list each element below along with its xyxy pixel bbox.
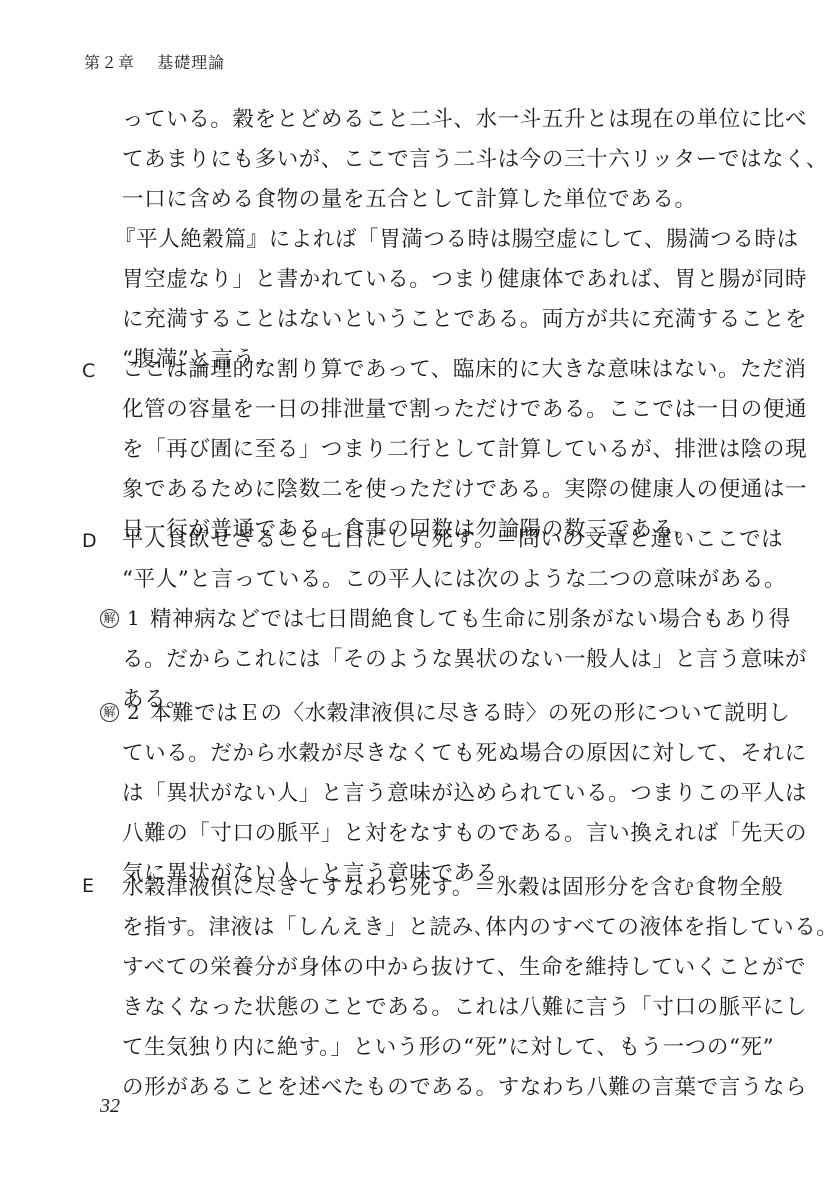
explanation-2-header: 解 2 [100, 700, 154, 724]
text-line: て生気独り内に絶す。」という形の“死”に対して、もう一つの“死” [122, 1036, 774, 1060]
text-line: きなくなった状態のことである。これは八難に言う「寸口の脈平にし [122, 996, 807, 1020]
text-line: を指す。津液は「しんえき」と読み､体内のすべての液体を指している。 [122, 916, 830, 940]
text-line: 象であるために陰数二を使っただけである。実際の健康人の便通は一 [122, 478, 807, 502]
explanation-number: 2 [127, 700, 140, 724]
section-marker-e: E [82, 875, 94, 897]
text-line: “平人”と言っている。この平人には次のような二つの意味がある。 [122, 568, 786, 592]
explanation-1-header: 解 1 [100, 606, 154, 630]
text-line: の形があることを述べたものである。すなわち八難の言葉で言うなら [122, 1076, 807, 1100]
kai-circle-icon: 解 [100, 609, 119, 628]
page-number: 32 [100, 1095, 120, 1118]
text-line: 精神病などでは七日間絶食しても生命に別条がない場合もあり得 [150, 608, 791, 632]
text-line: てあまりにも多いが、ここで言う二斗は今の三十六リッターではなく、 [122, 148, 828, 172]
text-line: 平人食飲せざること七日にして死す。＝問いの文章と違いここでは [122, 528, 783, 552]
chapter-number: 第２章 [84, 53, 135, 72]
text-line: ている。だから水穀が尽きなくても死ぬ場合の原因に対して、それに [122, 742, 807, 766]
text-line: っている。穀をとどめること二斗、水一斗五升とは現在の単位に比べ [122, 108, 807, 132]
text-line: 胃空虚なり」と書かれている。つまり健康体であれば、胃と腸が同時 [122, 268, 807, 292]
section-marker-c: C [82, 360, 95, 382]
text-line: ここは論理的な割り算であって、臨床的に大きな意味はない。ただ消 [122, 358, 806, 382]
text-line: 本難ではＥの〈水穀津液倶に尽きる時〉の死の形について説明し [150, 702, 790, 726]
text-line: すべての栄養分が身体の中から抜けて、生命を維持していくことがで [122, 956, 806, 980]
text-line: 水穀津液倶に尽きてすなわち死す。＝水穀は固形分を含む食物全般 [122, 876, 783, 900]
text-line: 八難の「寸口の脈平」と対をなすものである。言い換えれば「先天の [122, 822, 807, 846]
text-line: 『平人絶穀篇』によれば「胃満つる時は腸空虚にして、腸満つる時は [114, 228, 799, 252]
kai-circle-icon: 解 [100, 703, 119, 722]
text-line: 一口に含める食物の量を五合として計算した単位である。 [122, 188, 697, 212]
explanation-number: 1 [127, 606, 140, 630]
text-line: を「再び圊に至る」つまり二行として計算しているが、排泄は陰の現 [122, 438, 807, 462]
section-marker-d: D [82, 530, 97, 552]
text-line: に充満することはないということである。両方が共に充満することを [122, 308, 807, 332]
text-line: は「異状がない人」と言う意味が込められている。つまりこの平人は [122, 782, 807, 806]
text-line: る。だからこれには「そのような異状のない一般人は」と言う意味が [122, 648, 807, 672]
running-head: 第２章 基礎理論 [84, 50, 225, 73]
chapter-title: 基礎理論 [157, 53, 225, 72]
text-line: 化管の容量を一日の排泄量で割っただけである。ここでは一日の便通 [122, 398, 807, 422]
